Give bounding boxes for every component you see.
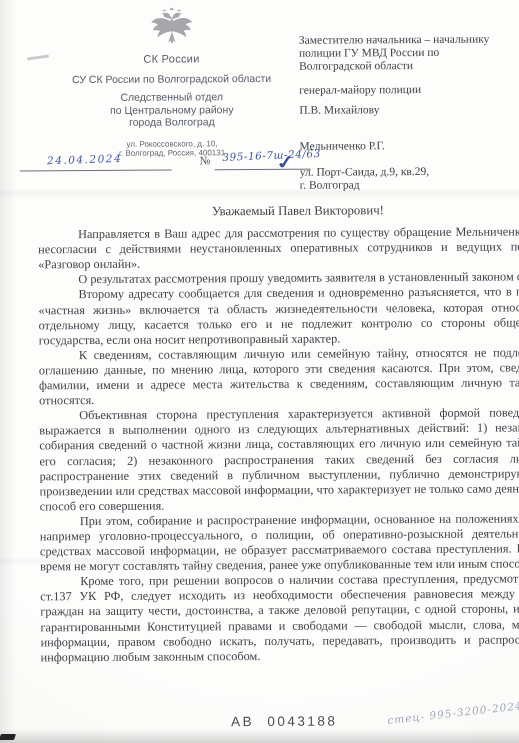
salutation: Уважаемый Павел Викторович!: [38, 202, 519, 220]
addressee-position: Заместителю начальника – начальнику поли…: [299, 33, 513, 73]
body-paragraph: При этом, собирание и распространение ин…: [40, 511, 519, 575]
letterhead-block: СК России СУ СК России по Волгоградской …: [14, 6, 330, 159]
addressee-position-line: полиции ГУ МВД России по: [299, 46, 513, 60]
number-sign-label: №: [200, 155, 211, 167]
sk-russia-eagle-emblem-icon: [148, 6, 194, 48]
scanner-bottom-shadow: [0, 729, 519, 743]
scanned-letter-page: СК России СУ СК России по Волгоградской …: [0, 0, 519, 743]
body-paragraph: Кроме того, при решении вопросов о налич…: [40, 571, 519, 665]
handwritten-footer-note: стец- 995-3200-2024: [387, 696, 519, 727]
dept-line: города Волгоград: [14, 116, 329, 130]
addressee-position-line: Волгоградской области: [299, 59, 513, 73]
addressee-rank: генерал-майору полиции: [299, 84, 513, 98]
scan-corner-mark: [0, 734, 16, 740]
body-paragraph: Второму адресату сообщается для сведения…: [38, 285, 519, 349]
letter-body: Уважаемый Павел Викторович! Направляется…: [38, 202, 519, 665]
body-paragraph: Направляется в Ваш адрес для рассмотрени…: [38, 224, 519, 272]
second-recipient-name: Мельниченко Р.Г.: [299, 139, 513, 153]
recipient-address-line: г. Волгоград: [300, 178, 514, 192]
addressee-position-line: Заместителю начальника – начальнику: [299, 33, 513, 47]
addressee-block: Заместителю начальника – начальнику поли…: [299, 33, 514, 192]
body-paragraph: Объективная сторона преступления характе…: [39, 405, 519, 514]
org-name: СК России: [14, 53, 329, 68]
addressee-name: П.В. Михайлову: [299, 104, 513, 118]
org-division: СУ СК России по Волгоградской области: [14, 73, 329, 88]
letterhead-form-serial: АВ 0043188: [231, 714, 337, 730]
date-underline: [20, 170, 172, 172]
handwritten-checkmark-icon: ✓: [275, 155, 297, 172]
handwritten-date: 24.04.2024: [23, 152, 145, 168]
recipient-address-line: ул. Порт-Саида, д.9, кв.29,: [300, 165, 514, 179]
body-paragraph: К сведениям, составляющим личную или сем…: [39, 345, 519, 409]
